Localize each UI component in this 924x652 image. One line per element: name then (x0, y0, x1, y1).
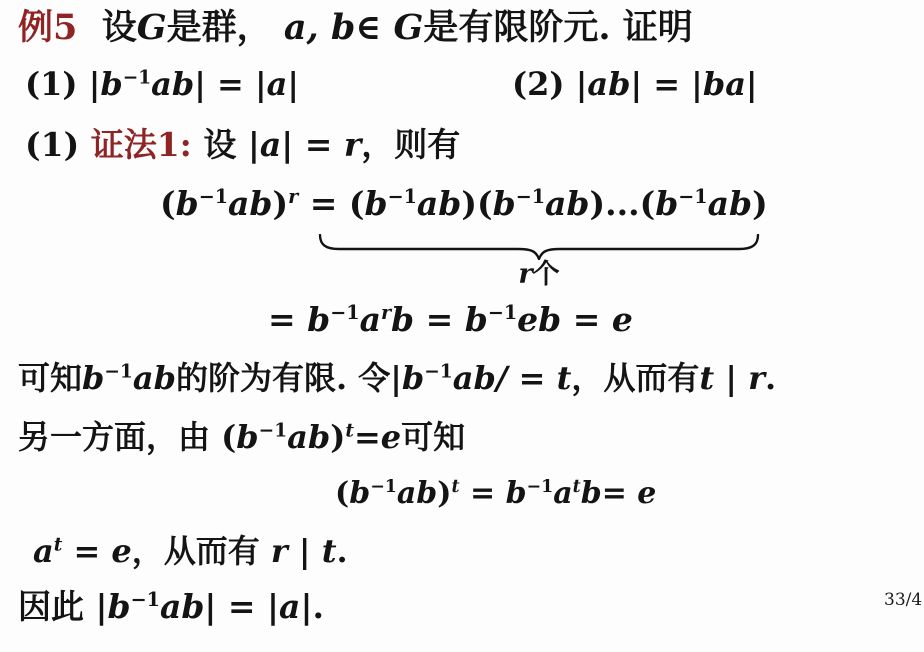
underbrace-count-label: r个 (318, 252, 760, 291)
lecture-slide: 例5 设G是群， a, b∈ G是有限阶元. 证明 (1) |b−1ab| = … (0, 0, 924, 652)
claim-2: (2) |ab| = |ba| (512, 64, 758, 104)
reduction-formula: = b−1arb = b−1eb = e (268, 299, 633, 340)
proof-method-header: (1) 证法1: 设 |a| = r，则有 (25, 124, 460, 165)
conclusion-statement: 因此 |b−1ab| = |a|. (18, 586, 324, 627)
power-expansion-formula: (b−1ab)r = (b−1ab)(b−1ab)...(b−1ab) (160, 183, 768, 224)
other-direction-statement: 另一方面，由 (b−1ab)t=e可知 (18, 417, 465, 457)
order-finite-statement: 可知b−1ab的阶为有限. 令|b−1ab/ = t，从而有t | r. (18, 358, 776, 398)
claim-1: (1) |b−1ab| = |a| (25, 64, 299, 104)
example-title: 例5 设G是群， a, b∈ G是有限阶元. 证明 (18, 6, 693, 50)
t-power-formula: (b−1ab)t = b−1atb= e (335, 475, 656, 513)
a-power-t-statement: at = e，从而有 r | t. (33, 531, 348, 571)
page-number: 33/4 (884, 590, 922, 610)
